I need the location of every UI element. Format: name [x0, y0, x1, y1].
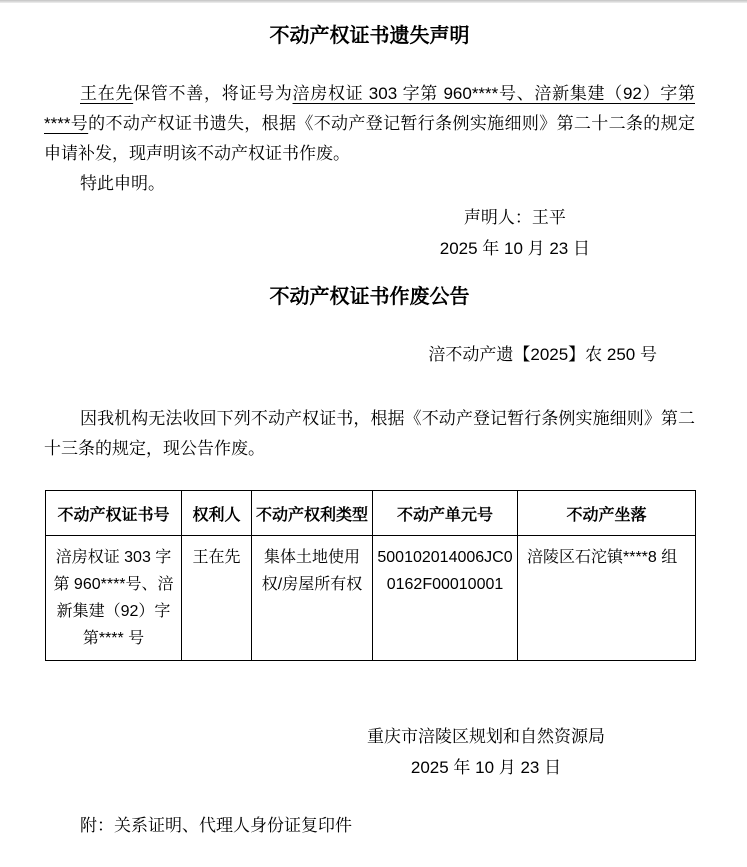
- statement-lead-text: 保管不善，将证号为: [133, 84, 292, 103]
- announcement-signature-block: 重庆市涪陵区规划和自然资源局 2025 年 10 月 23 日: [367, 721, 605, 783]
- unit-no-line-2: 0162F00010001: [376, 571, 514, 598]
- document-page: 不动产权证书遗失声明 王在先保管不善，将证号为涪房权证 303 字第 960**…: [0, 3, 747, 861]
- attachment-note: 附：关系证明、代理人身份证复印件: [44, 811, 695, 841]
- certificates-table: 不动产权证书号 权利人 不动产权利类型 不动产单元号 不动产坐落 涪房权证 30…: [45, 490, 696, 661]
- announcement-date: 2025 年 10 月 23 日: [411, 752, 561, 783]
- column-header-holder: 权利人: [182, 491, 252, 536]
- cell-unit-no: 500102014006JC0 0162F00010001: [373, 536, 518, 661]
- column-header-unit-no: 不动产单元号: [373, 491, 518, 536]
- statement-tail-text: 的不动产权证书遗失，根据《不动产登记暂行条例实施细则》第二十二条的规定申请补发，…: [44, 114, 695, 163]
- holder-name-underlined: 王在先: [80, 84, 133, 103]
- statement-closing: 特此申明。: [44, 169, 695, 199]
- announcement-title: 不动产权证书作废公告: [44, 284, 695, 310]
- statement-paragraph: 王在先保管不善，将证号为涪房权证 303 字第 960****号、涪新集建（92…: [44, 79, 695, 169]
- agency-name: 重庆市涪陵区规划和自然资源局: [367, 721, 605, 752]
- unit-no-line-1: 500102014006JC0: [376, 544, 514, 571]
- cell-certificate-no: 涪房权证 303 字第 960****号、涪新集建（92）字第**** 号: [46, 536, 182, 661]
- statement-signature-block: 声明人：王平 2025 年 10 月 23 日: [440, 202, 590, 264]
- cell-holder: 王在先: [182, 536, 252, 661]
- table-row: 涪房权证 303 字第 960****号、涪新集建（92）字第**** 号 王在…: [46, 536, 696, 661]
- column-header-certificate-no: 不动产权证书号: [46, 491, 182, 536]
- column-header-location: 不动产坐落: [518, 491, 696, 536]
- table-header-row: 不动产权证书号 权利人 不动产权利类型 不动产单元号 不动产坐落: [46, 491, 696, 536]
- column-header-right-type: 不动产权利类型: [252, 491, 373, 536]
- statement-date: 2025 年 10 月 23 日: [440, 233, 590, 264]
- cell-right-type: 集体土地使用权/房屋所有权: [252, 536, 373, 661]
- announcement-paragraph: 因我机构无法收回下列不动产权证书，根据《不动产登记暂行条例实施细则》第二十三条的…: [44, 404, 695, 464]
- announcement-doc-number: 涪不动产遗【2025】农 250 号: [44, 340, 695, 370]
- cell-location: 涪陵区石沱镇****8 组: [518, 536, 696, 661]
- declarant-name: 声明人：王平: [464, 202, 566, 233]
- statement-title: 不动产权证书遗失声明: [44, 23, 695, 49]
